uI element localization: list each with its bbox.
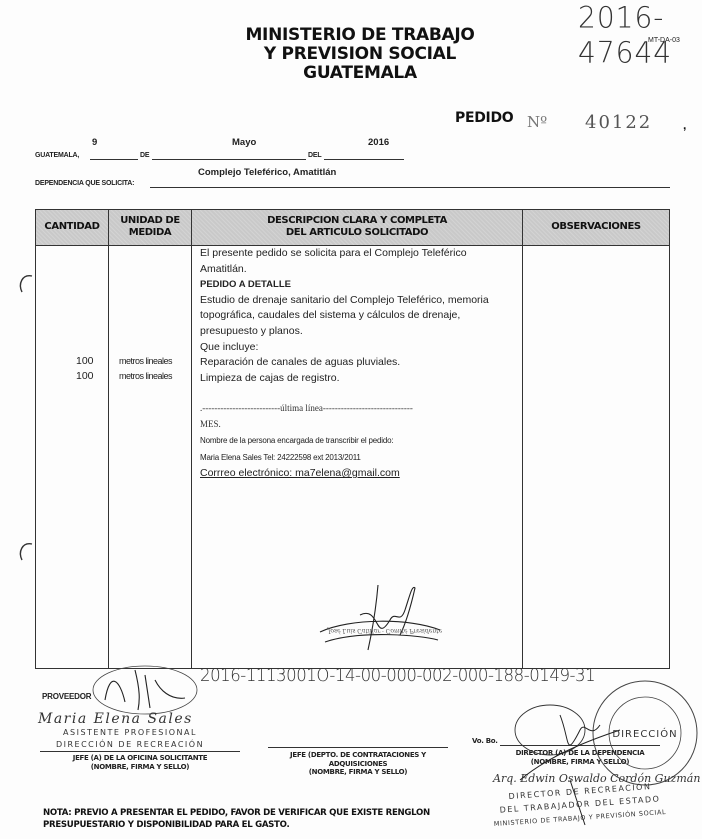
transcriber-info: Maria Elena Sales Tel: 24222598 ext 2013… — [200, 453, 361, 462]
column-header-descripcion: DESCRIPCION CLARA Y COMPLETADEL ARTICULO… — [192, 209, 522, 245]
contact-email: Corrreo electrónico: ma7elena@gmail.com — [200, 467, 400, 479]
dependency-label: DEPENDENCIA QUE SOLICITA: — [35, 180, 134, 187]
date-day: 9 — [92, 137, 97, 148]
vobo-label: Vo. Bo. — [472, 737, 498, 746]
row-2-quantity: 100 — [76, 370, 94, 382]
transcriber-label: Nombre de la persona encargada de transc… — [200, 436, 393, 445]
column-header-unidad: UNIDAD DEMEDIDA — [109, 209, 191, 245]
row-2-unit: metros lineales — [119, 371, 172, 381]
desc-line-2: DEL ARTICULO SOLICITADO — [267, 227, 447, 239]
city-label: GUATEMALA, — [35, 152, 79, 159]
stray-mark: , — [683, 118, 686, 132]
month-underline — [152, 159, 306, 160]
desc-line-1: DESCRIPCION CLARA Y COMPLETA — [267, 215, 447, 227]
de-label: DE — [140, 152, 149, 159]
column-header-observaciones: OBSERVACIONES — [523, 209, 669, 245]
middle-signature-caption: JEFE (DEPTO. DE CONTRATACIONES Y ADQUISI… — [268, 751, 448, 777]
detail-line-1: Estudio de drenaje sanitario del Complej… — [200, 293, 520, 309]
middle-caption-1: JEFE (DEPTO. DE CONTRATACIONES Y — [268, 751, 448, 760]
unidad-line-1: UNIDAD DE — [120, 215, 180, 227]
middle-caption-3: (NOMBRE, FIRMA Y SELLO) — [268, 768, 448, 777]
day-underline — [90, 159, 138, 160]
column-header-cantidad: CANTIDAD — [36, 209, 108, 245]
desc-intro-1: El presente pedido se solicita para el C… — [200, 246, 520, 262]
column-divider-1 — [108, 209, 109, 669]
left-signature-caption: JEFE (A) DE LA OFICINA SOLICITANTE (NOMB… — [40, 754, 240, 771]
dependency-value: Complejo Teleférico, Amatitlán — [198, 167, 336, 178]
last-line-marker: .--------------------------última línea-… — [200, 403, 413, 413]
requester-title: ASISTENTE PROFESIONAL — [40, 728, 220, 737]
svg-text:José Luis Catillar · Comité Pr: José Luis Catillar · Comité Presidente — [326, 627, 443, 634]
item-description: El presente pedido se solicita para el C… — [200, 246, 520, 386]
order-number: 40122 — [585, 112, 652, 133]
column-divider-3 — [522, 209, 523, 669]
note-line-1: NOTA: PREVIO A PRESENTAR EL PEDIDO, FAVO… — [43, 807, 430, 819]
included-item-2: Limpieza de cajas de registro. — [200, 371, 520, 387]
date-year: 2016 — [368, 137, 389, 148]
middle-signature-line — [268, 747, 448, 748]
includes-label: Que incluye: — [200, 340, 520, 356]
budget-note: NOTA: PREVIO A PRESENTAR EL PEDIDO, FAVO… — [43, 807, 430, 831]
ministry-line-3: GUATEMALA — [200, 64, 520, 83]
row-1-unit: metros lineales — [119, 356, 172, 366]
desc-intro-2: Amatitlán. — [200, 262, 520, 278]
unidad-line-2: MEDIDA — [120, 227, 180, 239]
authorizer-signature: José Luis Catillar · Comité Presidente — [320, 580, 440, 660]
form-code: MT-DA-03 — [648, 37, 680, 44]
ministry-line-2: Y PREVISION SOCIAL — [200, 45, 520, 64]
hole-punch-mark — [14, 272, 34, 296]
detail-line-3: presupuesto y planos. — [200, 324, 520, 340]
middle-caption-2: ADQUISICIONES — [268, 760, 448, 769]
proveedor-label: PROVEEDOR — [42, 692, 91, 701]
budget-code: 2016-1113001O-14-00-000-002-000-188-0149… — [200, 665, 595, 686]
left-caption-1: JEFE (A) DE LA OFICINA SOLICITANTE — [40, 754, 240, 763]
left-caption-2: (NOMBRE, FIRMA Y SELLO) — [40, 763, 240, 772]
date-month: Mayo — [232, 137, 256, 148]
ministry-line-1: MINISTERIO DE TRABAJO — [200, 26, 520, 45]
requester-department: DIRECCIÓN DE RECREACIÓN — [40, 740, 220, 749]
pedido-label: PEDIDO — [455, 110, 513, 126]
included-item-1: Reparación de canales de aguas pluviales… — [200, 355, 520, 371]
requester-name: Maria Elena Sales — [38, 711, 193, 727]
column-divider-2 — [191, 209, 192, 669]
initials: MES. — [200, 419, 221, 429]
handwritten-file-number: 2016-47644 — [578, 0, 702, 69]
year-underline — [324, 159, 404, 160]
del-label: DEL — [308, 152, 321, 159]
row-1-quantity: 100 — [76, 355, 94, 367]
number-label: Nº — [527, 113, 547, 131]
dependency-underline — [150, 187, 670, 188]
detail-heading: PEDIDO A DETALLE — [200, 277, 520, 293]
hole-punch-mark — [14, 540, 34, 564]
ministry-title: MINISTERIO DE TRABAJO Y PREVISION SOCIAL… — [200, 26, 520, 83]
detail-line-2: topográfica, caudales del sistema y cálc… — [200, 308, 520, 324]
note-line-2: PRESUPUESTARIO Y DISPONIBILIDAD PARA EL … — [43, 819, 430, 831]
left-signature-line — [40, 751, 240, 752]
